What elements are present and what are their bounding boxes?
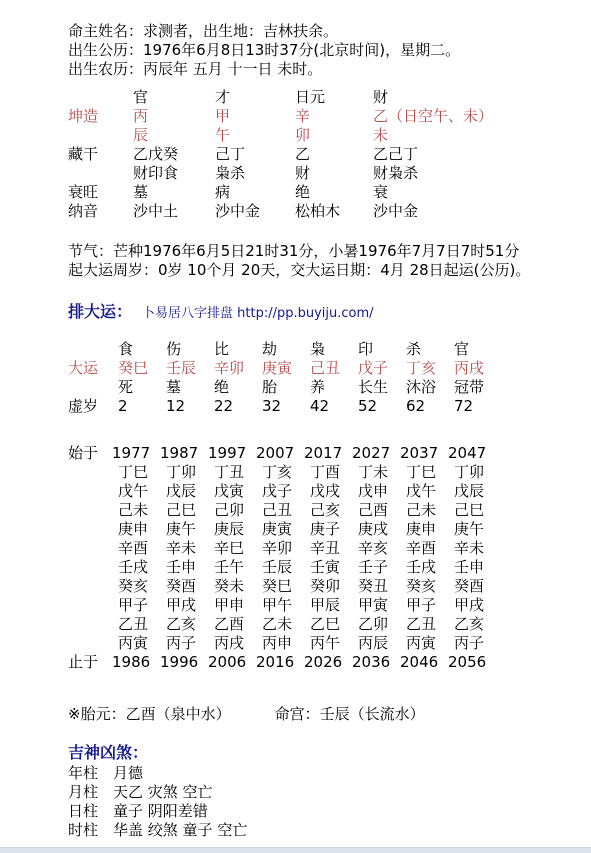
canggan-god-cell: 枭杀 bbox=[215, 164, 295, 183]
minggong-text: 命宫：壬辰（长流水） bbox=[275, 705, 425, 723]
dayun-god: 枭 bbox=[310, 340, 358, 359]
liunian-ganzhi: 丙寅 bbox=[112, 634, 160, 653]
canggan-row: 藏干 乙戊癸 己丁 乙 乙己丁 bbox=[68, 145, 591, 164]
solar-terms-block: 节气：芒种1976年6月5日21时31分，小暑1976年7月7日7时51分 起大… bbox=[68, 242, 591, 280]
spacer-cell bbox=[68, 463, 112, 482]
liunian-ganzhi: 辛酉 bbox=[400, 539, 448, 558]
shensha-pillar-label: 月柱 bbox=[68, 783, 98, 801]
shensha-row-day: 日柱童子 阴阳差错 bbox=[68, 802, 591, 821]
liunian-ganzhi: 甲午 bbox=[256, 596, 304, 615]
canggan-god-cell: 财印食 bbox=[133, 164, 215, 183]
pillar-stem: 辛 bbox=[295, 107, 373, 126]
shuaiwang-row: 衰旺 墓 病 绝 衰 bbox=[68, 183, 591, 202]
dayun-god: 劫 bbox=[262, 340, 310, 359]
liunian-ganzhi: 己卯 bbox=[208, 501, 256, 520]
start-label: 始于 bbox=[68, 444, 112, 463]
liunian-ganzhi: 辛未 bbox=[448, 539, 496, 558]
end-year: 1986 bbox=[112, 653, 160, 672]
dayun-stage: 沐浴 bbox=[406, 378, 454, 397]
start-year: 2027 bbox=[352, 444, 400, 463]
xusui-value: 2 bbox=[118, 397, 166, 416]
xusui-value: 42 bbox=[310, 397, 358, 416]
gregorian-birth-line: 出生公历：1976年6月8日13时37分(北京时间)，星期二。 bbox=[68, 41, 591, 60]
spacer-cell bbox=[68, 164, 133, 183]
window-bottom-strip bbox=[0, 847, 591, 853]
owner-name-line: 命主姓名：求测者，出生地：吉林扶余。 bbox=[68, 22, 591, 41]
dayun-stage: 死 bbox=[118, 378, 166, 397]
liunian-ganzhi: 庚辰 bbox=[208, 520, 256, 539]
start-year: 1997 bbox=[208, 444, 256, 463]
end-year: 2056 bbox=[448, 653, 496, 672]
dayun-gods-row: 食 伤 比 劫 枭 印 杀 官 bbox=[68, 340, 502, 359]
xusui-value: 32 bbox=[262, 397, 310, 416]
end-year: 1996 bbox=[160, 653, 208, 672]
liunian-ganzhi: 戊戌 bbox=[304, 482, 352, 501]
liunian-ganzhi: 戊午 bbox=[112, 482, 160, 501]
dayun-ganzhi: 壬辰 bbox=[166, 359, 214, 378]
liunian-ganzhi: 丁卯 bbox=[160, 463, 208, 482]
liunian-ganzhi: 丁卯 bbox=[448, 463, 496, 482]
liunian-ganzhi: 庚申 bbox=[112, 520, 160, 539]
bazi-report-page: 命主姓名：求测者，出生地：吉林扶余。 出生公历：1976年6月8日13时37分(… bbox=[0, 0, 591, 853]
liunian-ganzhi: 乙亥 bbox=[448, 615, 496, 634]
liunian-table: 始于 1977 1987 1997 2007 2017 2027 2037 20… bbox=[68, 444, 496, 672]
start-years-row: 始于 1977 1987 1997 2007 2017 2027 2037 20… bbox=[68, 444, 496, 463]
shensha-row-hour: 时柱华盖 绞煞 童子 空亡 bbox=[68, 821, 591, 840]
dayun-god: 杀 bbox=[406, 340, 454, 359]
dayun-ganzhi-row: 大运 癸巳 壬辰 辛卯 庚寅 己丑 戊子 丁亥 丙戌 bbox=[68, 359, 502, 378]
liunian-ganzhi: 甲子 bbox=[400, 596, 448, 615]
liunian-ganzhi: 己未 bbox=[112, 501, 160, 520]
shensha-row-year: 年柱月德 bbox=[68, 764, 591, 783]
liunian-ganzhi: 乙巳 bbox=[304, 615, 352, 634]
liunian-ganzhi: 庚午 bbox=[448, 520, 496, 539]
spacer-cell bbox=[68, 577, 112, 596]
canggan-god-cell: 财 bbox=[295, 164, 373, 183]
liunian-ganzhi: 庚子 bbox=[304, 520, 352, 539]
liunian-ganzhi: 戊寅 bbox=[208, 482, 256, 501]
four-pillars-table: 官 才 日元 财 坤造 丙 甲 辛 乙（日空午、未） 辰 午 卯 未 藏干 bbox=[68, 88, 591, 221]
liunian-ganzhi: 庚寅 bbox=[256, 520, 304, 539]
shensha-row-month: 月柱天乙 灾煞 空亡 bbox=[68, 783, 591, 802]
liunian-ganzhi: 丁巳 bbox=[112, 463, 160, 482]
liunian-ganzhi: 乙卯 bbox=[352, 615, 400, 634]
end-year: 2006 bbox=[208, 653, 256, 672]
liunian-ganzhi: 戊子 bbox=[256, 482, 304, 501]
liunian-ganzhi: 丙子 bbox=[448, 634, 496, 653]
pillar-stem-with-void-note: 乙（日空午、未） bbox=[373, 107, 591, 126]
start-year: 2037 bbox=[400, 444, 448, 463]
liunian-row: 甲子 甲戌 甲申 甲午 甲辰 甲寅 甲子 甲戌 bbox=[68, 596, 496, 615]
end-year: 2036 bbox=[352, 653, 400, 672]
dayun-stage: 绝 bbox=[214, 378, 262, 397]
spacer-cell bbox=[68, 615, 112, 634]
liunian-ganzhi: 壬申 bbox=[160, 558, 208, 577]
liunian-row: 丁巳 丁卯 丁丑 丁亥 丁酉 丁未 丁巳 丁卯 bbox=[68, 463, 496, 482]
dayun-stages-row: 死 墓 绝 胎 养 长生 沐浴 冠带 bbox=[68, 378, 502, 397]
start-year: 1977 bbox=[112, 444, 160, 463]
dayun-ganzhi: 己丑 bbox=[310, 359, 358, 378]
liunian-ganzhi: 甲戌 bbox=[448, 596, 496, 615]
spacer-cell bbox=[68, 340, 118, 359]
pillar-branch: 午 bbox=[215, 126, 295, 145]
dayun-stage: 冠带 bbox=[454, 378, 502, 397]
liunian-ganzhi: 丁未 bbox=[352, 463, 400, 482]
nayin-cell: 松柏木 bbox=[295, 202, 373, 221]
pillar-branch: 辰 bbox=[133, 126, 215, 145]
liunian-ganzhi: 乙酉 bbox=[208, 615, 256, 634]
spacer-cell bbox=[68, 558, 112, 577]
dayun-table: 食 伤 比 劫 枭 印 杀 官 大运 癸巳 壬辰 辛卯 庚寅 己丑 戊子 丁亥 … bbox=[68, 340, 502, 416]
solar-terms-line: 节气：芒种1976年6月5日21时31分，小暑1976年7月7日7时51分 bbox=[68, 242, 591, 261]
spacer-cell bbox=[68, 482, 112, 501]
luck-start-line: 起大运周岁：0岁 10个月 20天，交大运日期：4月 28日起运(公历)。 bbox=[68, 261, 591, 280]
liunian-ganzhi: 戊辰 bbox=[448, 482, 496, 501]
xusui-value: 12 bbox=[166, 397, 214, 416]
end-years-row: 止于 1986 1996 2006 2016 2026 2036 2046 20… bbox=[68, 653, 496, 672]
spacer-cell bbox=[68, 501, 112, 520]
shuaiwang-cell: 墓 bbox=[133, 183, 215, 202]
shensha-items: 天乙 灾煞 空亡 bbox=[113, 783, 213, 801]
liunian-ganzhi: 壬戌 bbox=[112, 558, 160, 577]
liunian-ganzhi: 癸未 bbox=[208, 577, 256, 596]
dayun-stage: 养 bbox=[310, 378, 358, 397]
liunian-ganzhi: 癸酉 bbox=[160, 577, 208, 596]
site-link-text: 卜易居八字排盘 http://pp.buyiju.com/ bbox=[142, 306, 374, 321]
liunian-ganzhi: 丙子 bbox=[160, 634, 208, 653]
xusui-row: 虚岁 2 12 22 32 42 52 62 72 bbox=[68, 397, 502, 416]
spacer-cell bbox=[68, 88, 133, 107]
canggan-label: 藏干 bbox=[68, 145, 133, 164]
canggan-cell: 乙 bbox=[295, 145, 373, 164]
liunian-ganzhi: 癸亥 bbox=[112, 577, 160, 596]
nayin-cell: 沙中土 bbox=[133, 202, 215, 221]
dayun-ganzhi: 辛卯 bbox=[214, 359, 262, 378]
liunian-ganzhi: 乙丑 bbox=[112, 615, 160, 634]
liunian-row: 庚申 庚午 庚辰 庚寅 庚子 庚戌 庚申 庚午 bbox=[68, 520, 496, 539]
dayun-stage: 长生 bbox=[358, 378, 406, 397]
liunian-ganzhi: 己丑 bbox=[256, 501, 304, 520]
dayun-god: 印 bbox=[358, 340, 406, 359]
start-year: 2007 bbox=[256, 444, 304, 463]
pillar-god: 官 bbox=[133, 88, 215, 107]
start-year: 1987 bbox=[160, 444, 208, 463]
liunian-ganzhi: 戊辰 bbox=[160, 482, 208, 501]
liunian-ganzhi: 甲子 bbox=[112, 596, 160, 615]
dayun-god: 比 bbox=[214, 340, 262, 359]
shuaiwang-cell: 病 bbox=[215, 183, 295, 202]
liunian-ganzhi: 丁酉 bbox=[304, 463, 352, 482]
dayun-ganzhi: 庚寅 bbox=[262, 359, 310, 378]
shuaiwang-label: 衰旺 bbox=[68, 183, 133, 202]
liunian-ganzhi: 丙辰 bbox=[352, 634, 400, 653]
xusui-value: 22 bbox=[214, 397, 262, 416]
liunian-row: 乙丑 乙亥 乙酉 乙未 乙巳 乙卯 乙丑 乙亥 bbox=[68, 615, 496, 634]
liunian-ganzhi: 壬辰 bbox=[256, 558, 304, 577]
liunian-ganzhi: 丙申 bbox=[256, 634, 304, 653]
liunian-ganzhi: 甲辰 bbox=[304, 596, 352, 615]
liunian-ganzhi: 壬寅 bbox=[304, 558, 352, 577]
liunian-ganzhi: 己酉 bbox=[352, 501, 400, 520]
shensha-pillar-label: 日柱 bbox=[68, 802, 98, 820]
liunian-ganzhi: 丁亥 bbox=[256, 463, 304, 482]
xusui-value: 72 bbox=[454, 397, 502, 416]
liunian-ganzhi: 己未 bbox=[400, 501, 448, 520]
spacer-cell bbox=[68, 520, 112, 539]
xusui-value: 52 bbox=[358, 397, 406, 416]
liunian-ganzhi: 乙未 bbox=[256, 615, 304, 634]
liunian-ganzhi: 戊申 bbox=[352, 482, 400, 501]
taiyuan-text: ※胎元：乙酉（泉中水） bbox=[68, 705, 231, 723]
taiyuan-minggong-line: ※胎元：乙酉（泉中水）命宫：壬辰（长流水） bbox=[68, 705, 591, 724]
liunian-ganzhi: 辛未 bbox=[160, 539, 208, 558]
shensha-items: 月德 bbox=[113, 764, 143, 782]
canggan-god-cell: 财枭杀 bbox=[373, 164, 591, 183]
canggan-cell: 乙戊癸 bbox=[133, 145, 215, 164]
pillar-god: 财 bbox=[373, 88, 591, 107]
shensha-section-title: 吉神凶煞： bbox=[68, 743, 591, 764]
pillar-stem: 甲 bbox=[215, 107, 295, 126]
liunian-row: 丙寅 丙子 丙戌 丙申 丙午 丙辰 丙寅 丙子 bbox=[68, 634, 496, 653]
liunian-ganzhi: 甲寅 bbox=[352, 596, 400, 615]
end-year: 2046 bbox=[400, 653, 448, 672]
xusui-label: 虚岁 bbox=[68, 397, 118, 416]
liunian-ganzhi: 辛亥 bbox=[352, 539, 400, 558]
liunian-ganzhi: 庚申 bbox=[400, 520, 448, 539]
liunian-ganzhi: 己巳 bbox=[448, 501, 496, 520]
pillar-god: 日元 bbox=[295, 88, 373, 107]
shensha-items: 童子 阴阳差错 bbox=[113, 802, 208, 820]
liunian-ganzhi: 丁巳 bbox=[400, 463, 448, 482]
liunian-ganzhi: 壬申 bbox=[448, 558, 496, 577]
liunian-row: 己未 己巳 己卯 己丑 己亥 己酉 己未 己巳 bbox=[68, 501, 496, 520]
spacer-cell bbox=[68, 126, 133, 145]
nayin-label: 纳音 bbox=[68, 202, 133, 221]
report-content: 命主姓名：求测者，出生地：吉林扶余。 出生公历：1976年6月8日13时37分(… bbox=[0, 0, 591, 840]
liunian-ganzhi: 辛巳 bbox=[208, 539, 256, 558]
dayun-god: 伤 bbox=[166, 340, 214, 359]
dayun-label: 大运 bbox=[68, 359, 118, 378]
shuaiwang-cell: 绝 bbox=[295, 183, 373, 202]
liunian-ganzhi: 庚午 bbox=[160, 520, 208, 539]
dayun-section-title: 排大运： bbox=[68, 302, 132, 321]
liunian-ganzhi: 乙亥 bbox=[160, 615, 208, 634]
dayun-stage: 墓 bbox=[166, 378, 214, 397]
dayun-god: 食 bbox=[118, 340, 166, 359]
liunian-ganzhi: 甲戌 bbox=[160, 596, 208, 615]
pillar-branches-row: 辰 午 卯 未 bbox=[68, 126, 591, 145]
canggan-gods-row: 财印食 枭杀 财 财枭杀 bbox=[68, 164, 591, 183]
canggan-cell: 乙己丁 bbox=[373, 145, 591, 164]
liunian-ganzhi: 丙午 bbox=[304, 634, 352, 653]
liunian-ganzhi: 癸巳 bbox=[256, 577, 304, 596]
pillar-gods-row: 官 才 日元 财 bbox=[68, 88, 591, 107]
dayun-ganzhi: 戊子 bbox=[358, 359, 406, 378]
pillar-branch: 未 bbox=[373, 126, 591, 145]
liunian-ganzhi: 丁丑 bbox=[208, 463, 256, 482]
spacer-cell bbox=[68, 634, 112, 653]
shensha-items: 华盖 绞煞 童子 空亡 bbox=[113, 821, 247, 839]
liunian-ganzhi: 癸酉 bbox=[448, 577, 496, 596]
dayun-ganzhi: 丁亥 bbox=[406, 359, 454, 378]
dayun-god: 官 bbox=[454, 340, 502, 359]
end-year: 2016 bbox=[256, 653, 304, 672]
liunian-ganzhi: 己亥 bbox=[304, 501, 352, 520]
liunian-ganzhi: 辛丑 bbox=[304, 539, 352, 558]
start-year: 2017 bbox=[304, 444, 352, 463]
mingzao-label: 坤造 bbox=[68, 107, 133, 126]
liunian-ganzhi: 乙丑 bbox=[400, 615, 448, 634]
shuaiwang-cell: 衰 bbox=[373, 183, 591, 202]
liunian-row: 癸亥 癸酉 癸未 癸巳 癸卯 癸丑 癸亥 癸酉 bbox=[68, 577, 496, 596]
liunian-ganzhi: 辛卯 bbox=[256, 539, 304, 558]
end-year: 2026 bbox=[304, 653, 352, 672]
liunian-row: 辛酉 辛未 辛巳 辛卯 辛丑 辛亥 辛酉 辛未 bbox=[68, 539, 496, 558]
liunian-ganzhi: 癸卯 bbox=[304, 577, 352, 596]
xusui-value: 62 bbox=[406, 397, 454, 416]
shensha-pillar-label: 年柱 bbox=[68, 764, 98, 782]
spacer-cell bbox=[68, 539, 112, 558]
pillar-stem: 丙 bbox=[133, 107, 215, 126]
nayin-cell: 沙中金 bbox=[215, 202, 295, 221]
liunian-ganzhi: 癸丑 bbox=[352, 577, 400, 596]
liunian-ganzhi: 庚戌 bbox=[352, 520, 400, 539]
nayin-row: 纳音 沙中土 沙中金 松柏木 沙中金 bbox=[68, 202, 591, 221]
liunian-row: 戊午 戊辰 戊寅 戊子 戊戌 戊申 戊午 戊辰 bbox=[68, 482, 496, 501]
liunian-ganzhi: 壬午 bbox=[208, 558, 256, 577]
dayun-section-header: 排大运：卜易居八字排盘 http://pp.buyiju.com/ bbox=[68, 302, 591, 323]
liunian-ganzhi: 癸亥 bbox=[400, 577, 448, 596]
pillar-branch: 卯 bbox=[295, 126, 373, 145]
dayun-ganzhi: 丙戌 bbox=[454, 359, 502, 378]
liunian-ganzhi: 甲申 bbox=[208, 596, 256, 615]
liunian-ganzhi: 丙寅 bbox=[400, 634, 448, 653]
liunian-ganzhi: 戊午 bbox=[400, 482, 448, 501]
nayin-cell: 沙中金 bbox=[373, 202, 591, 221]
liunian-row: 壬戌 壬申 壬午 壬辰 壬寅 壬子 壬戌 壬申 bbox=[68, 558, 496, 577]
pillar-stems-row: 坤造 丙 甲 辛 乙（日空午、未） bbox=[68, 107, 591, 126]
shensha-pillar-label: 时柱 bbox=[68, 821, 98, 839]
liunian-ganzhi: 丙戌 bbox=[208, 634, 256, 653]
spacer-cell bbox=[68, 378, 118, 397]
liunian-ganzhi: 己巳 bbox=[160, 501, 208, 520]
end-label: 止于 bbox=[68, 653, 112, 672]
canggan-cell: 己丁 bbox=[215, 145, 295, 164]
dayun-ganzhi: 癸巳 bbox=[118, 359, 166, 378]
lunar-birth-line: 出生农历：丙辰年 五月 十一日 未时。 bbox=[68, 60, 591, 79]
liunian-ganzhi: 壬戌 bbox=[400, 558, 448, 577]
liunian-ganzhi: 壬子 bbox=[352, 558, 400, 577]
liunian-ganzhi: 辛酉 bbox=[112, 539, 160, 558]
pillar-god: 才 bbox=[215, 88, 295, 107]
dayun-stage: 胎 bbox=[262, 378, 310, 397]
start-year: 2047 bbox=[448, 444, 496, 463]
spacer-cell bbox=[68, 596, 112, 615]
